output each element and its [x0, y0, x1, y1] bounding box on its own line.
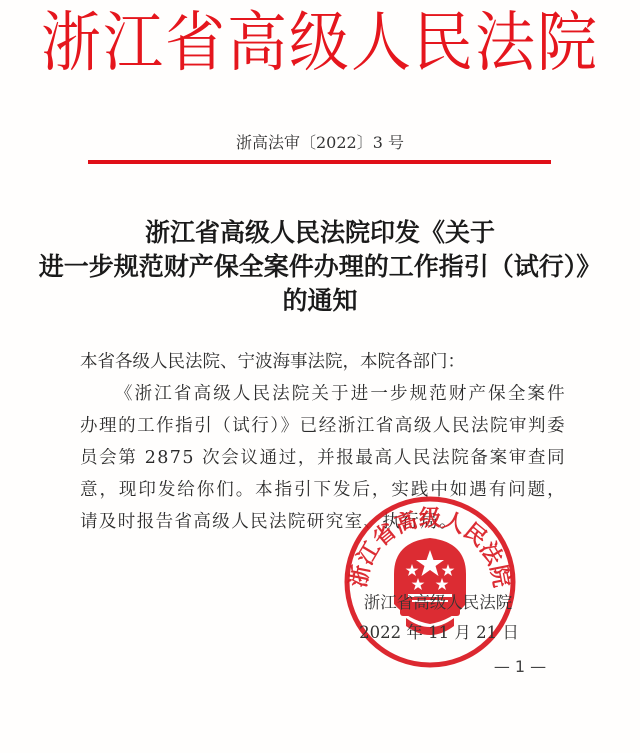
title-line-2: 进一步规范财产保全案件办理的工作指引（试行）》	[0, 250, 640, 284]
masthead-title: 浙江省高级人民法院	[0, 2, 640, 84]
salutation: 本省各级人民法院、宁波海事法院，本院各部门：	[80, 346, 566, 378]
title-line-1: 浙江省高级人民法院印发《关于	[0, 216, 640, 250]
signature-block: 浙江省高级人民法院 2022 年 11 月 21 日	[340, 588, 530, 648]
red-divider-rule	[88, 160, 551, 164]
document-number: 浙高法审〔2022〕3 号	[0, 132, 640, 154]
title-line-3: 的通知	[0, 284, 640, 318]
signature-date: 2022 年 11 月 21 日	[340, 618, 530, 648]
notice-title: 浙江省高级人民法院印发《关于 进一步规范财产保全案件办理的工作指引（试行）》 的…	[0, 216, 640, 318]
page-number: — 1 —	[485, 656, 555, 678]
signature-organization: 浙江省高级人民法院	[340, 588, 530, 618]
document-page: 浙江省高级人民法院 浙高法审〔2022〕3 号 浙江省高级人民法院印发《关于 进…	[0, 0, 640, 753]
